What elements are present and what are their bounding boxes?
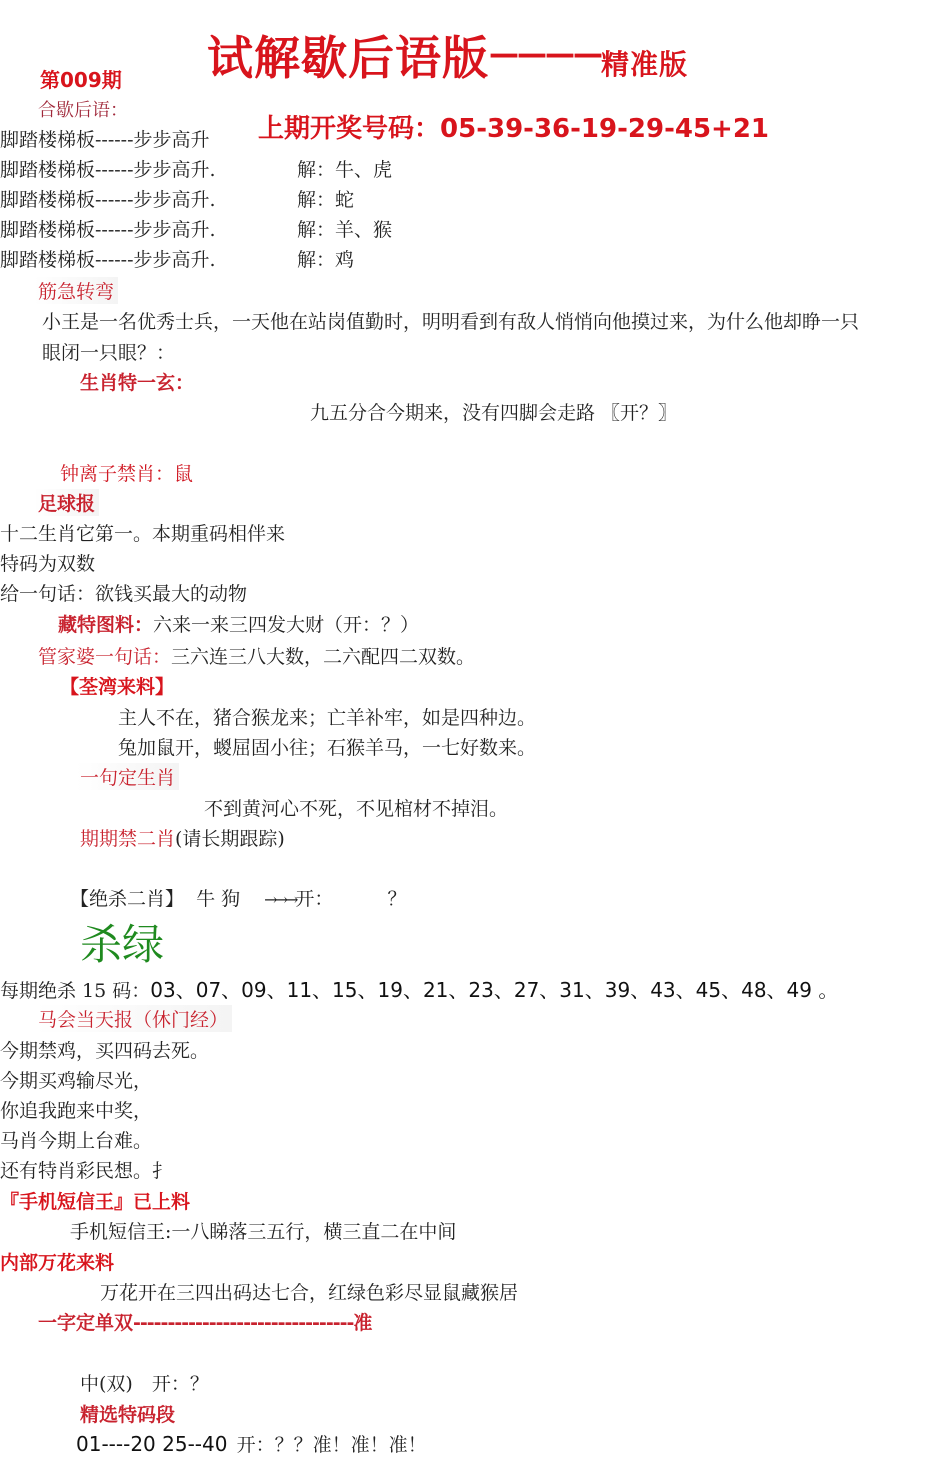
horse-report-line-3: 你追我跑来中奖，	[0, 1096, 152, 1123]
horse-report-line-1: 今期禁鸡，买四码去死。	[0, 1036, 209, 1063]
housekeeper-label: 管家婆一句话：	[38, 646, 171, 668]
brain-teaser-label: 筋急转弯	[34, 277, 118, 304]
sms-king-label: 『手机短信王』已上料	[0, 1187, 190, 1214]
title-main: 试解歇后语版	[207, 31, 489, 85]
kill-two: 【绝杀二肖】 牛 狗 →→→开： ？	[70, 884, 406, 911]
odd-even-result: 中(双) 开：？	[80, 1369, 209, 1396]
zodiac-one-text: 九五分合今期来，没有四脚会走路 〖开？〗	[310, 398, 677, 425]
special-range-values: 01----20 25--40	[76, 1432, 227, 1456]
wanhua-label: 内部万花来料	[0, 1248, 114, 1275]
kill-green-heading: 杀绿	[80, 912, 164, 972]
brain-teaser-line-1: 小王是一名优秀士兵，一天他在站岗值勤时，明明看到有敌人悄悄向他摸过来，为什么他却…	[42, 307, 859, 334]
odd-even-dashes: --------------------------------	[133, 1312, 353, 1334]
horse-report-line-5: 还有特肖彩民想。扌	[0, 1156, 171, 1183]
xiehouyu-label: 合歇后语：	[38, 96, 128, 122]
football-line-3: 给一句话：欲钱买最大的动物	[0, 579, 247, 606]
ban-two-note: (请长期跟踪)	[175, 828, 285, 850]
kill-two-label: 【绝杀二肖】	[70, 888, 184, 910]
zodiac-one-label: 生肖特一玄：	[80, 368, 194, 395]
riddle-line-1: 脚踏楼梯板------步步高升	[0, 125, 210, 152]
quanwan-line-1: 主人不在，猪合猴龙来；亡羊补牢，如是四种边。	[118, 703, 536, 730]
special-range-label: 精选特码段	[80, 1400, 175, 1427]
quanwan-label: 【荃湾来料】	[60, 672, 174, 699]
one-sentence-label: 一句定生肖	[76, 763, 179, 790]
special-range: 01----20 25--40 开：？？准！准！准！	[76, 1430, 427, 1457]
page-title: 试解歇后语版————精准版	[207, 22, 688, 88]
ban-two-label: 期期禁二肖	[80, 828, 175, 850]
last-draw-label: 上期开奖号码：	[258, 114, 440, 144]
horse-report-line-4: 马肖今期上台难。	[0, 1126, 152, 1153]
football-line-1: 十二生肖它第一。本期重码相伴来	[0, 519, 285, 546]
brain-teaser-line-2: 眼闭一只眼？：	[42, 338, 175, 365]
hidden-pic-text: 六来一来三四发大财（开：？）	[153, 614, 419, 636]
riddle-answer-5: 解：鸡	[297, 245, 354, 272]
last-draw: 上期开奖号码：05-39-36-19-29-45+21	[258, 108, 769, 145]
horse-report-line-2: 今期买鸡输尽光，	[0, 1066, 152, 1093]
riddle-line-5: 脚踏楼梯板------步步高升.	[0, 245, 216, 272]
riddle-answer-3: 解：蛇	[297, 185, 354, 212]
one-sentence-text: 不到黄河心不死，不见棺材不掉泪。	[204, 794, 508, 821]
quanwan-line-2: 兔加鼠开，蝬屈固小往；石猴羊马，一七好数来。	[118, 733, 536, 760]
riddle-answer-4: 解：羊、猴	[297, 215, 392, 242]
riddle-line-3: 脚踏楼梯板------步步高升.	[0, 185, 216, 212]
kill-15-numbers: 03、07、09、11、15、19、21、23、27、31、39、43、45、4…	[150, 978, 838, 1002]
housekeeper-text: 三六连三八大数，二六配四二双数。	[171, 646, 475, 668]
issue-number: 第009期	[40, 64, 122, 93]
zhongli-text: 钟离子禁肖：鼠	[60, 459, 193, 486]
arrow-icon: →→→	[264, 890, 295, 909]
wanhua-text: 万花开在三四出码达七合，红绿色彩尽显鼠藏猴居	[100, 1278, 518, 1305]
football-label: 足球报	[34, 489, 99, 516]
hidden-pic: 藏特图料：六来一来三四发大财（开：？）	[58, 610, 419, 637]
hidden-pic-label: 藏特图料：	[58, 614, 153, 636]
kill-two-zodiacs: 牛 狗	[196, 888, 240, 910]
special-range-tail: 开：？？准！准！准！	[237, 1434, 427, 1456]
kill-15-label: 每期绝杀 15 码：	[0, 980, 150, 1002]
kill-15: 每期绝杀 15 码：03、07、09、11、15、19、21、23、27、31、…	[0, 974, 838, 1003]
football-line-2: 特码为双数	[0, 549, 95, 576]
sms-king-text: 手机短信王:一八睇落三五行，横三直二在中间	[70, 1217, 456, 1244]
riddle-answer-2: 解：牛、虎	[297, 155, 392, 182]
riddle-line-2: 脚踏楼梯板------步步高升.	[0, 155, 216, 182]
ban-two: 期期禁二肖(请长期跟踪)	[80, 824, 285, 851]
kill-two-open: 开：	[295, 888, 333, 910]
odd-even: 一字定单双--------------------------------准	[38, 1308, 372, 1335]
kill-two-result: ？	[387, 888, 406, 910]
title-sub: 精准版	[601, 48, 688, 81]
odd-even-suffix: 准	[353, 1312, 372, 1334]
last-draw-numbers: 05-39-36-19-29-45+21	[440, 114, 769, 144]
riddle-line-4: 脚踏楼梯板------步步高升.	[0, 215, 216, 242]
odd-even-label: 一字定单双	[38, 1312, 133, 1334]
title-dash: ————	[489, 37, 601, 72]
horse-report-label: 马会当天报（休门经）	[34, 1005, 232, 1032]
housekeeper: 管家婆一句话：三六连三八大数，二六配四二双数。	[38, 642, 475, 669]
